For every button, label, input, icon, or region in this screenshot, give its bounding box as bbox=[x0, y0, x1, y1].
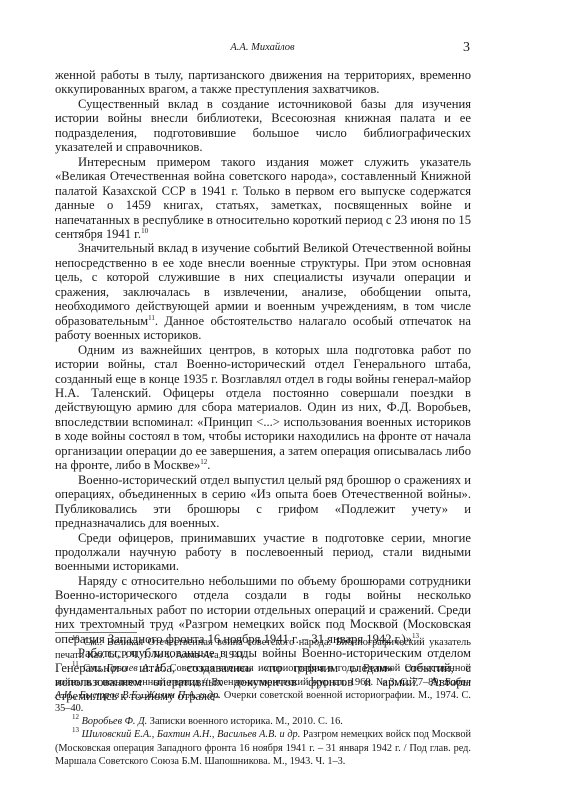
footnote-text: См.: bbox=[83, 663, 106, 674]
page-number: 3 bbox=[463, 40, 470, 56]
paragraph: Значительный вклад в изучение событий Ве… bbox=[55, 241, 471, 342]
footnote-author: Грылев А. Н. bbox=[106, 663, 165, 674]
footnote-number: 11 bbox=[72, 660, 79, 668]
footnotes: 10 См.: Великая Отечественная война сове… bbox=[55, 636, 471, 768]
footnote: 13 Шиловский Е.А., Бахтин А.Н., Васильев… bbox=[55, 728, 471, 768]
paragraph-text: Военно-исторический отдел выпустил целый… bbox=[55, 473, 471, 530]
paragraph-text: Одним из важнейших центров, в которых шл… bbox=[55, 343, 471, 473]
paragraph-text: Интересным примером такого издания может… bbox=[55, 155, 471, 241]
footnote-author: Шиловский Е.А., Бахтин А.Н., Васильев А.… bbox=[82, 729, 301, 740]
paragraph: Одним из важнейших центров, в которых шл… bbox=[55, 343, 471, 473]
footnote-text: Записки военного историка. М., 2010. С. … bbox=[147, 716, 343, 727]
paragraph-text: . bbox=[207, 458, 210, 472]
paragraph-text: Наряду с относительно небольшими по объе… bbox=[55, 574, 471, 646]
footnote: 10 См.: Великая Отечественная война сове… bbox=[55, 636, 471, 662]
footnote-separator bbox=[55, 632, 137, 633]
paragraph-text: женной работы в тылу, партизанского движ… bbox=[55, 68, 471, 96]
body-text: женной работы в тылу, партизанского движ… bbox=[55, 68, 471, 704]
footnote: 11 См.: Грылев А. Н. Советская военная и… bbox=[55, 662, 471, 715]
footnote-author: Воробьев Ф. Д. bbox=[82, 716, 148, 727]
paragraph: Интересным примером такого издания может… bbox=[55, 155, 471, 242]
footnote-number: 13 bbox=[72, 726, 79, 734]
page-header: А.А. Михайлов 3 bbox=[55, 40, 470, 56]
footnote-number: 10 bbox=[72, 634, 79, 642]
paragraph: Среди офицеров, принимавших участие в по… bbox=[55, 531, 471, 574]
footnote-text: См.: Великая Отечественная война советск… bbox=[55, 637, 471, 661]
footnote: 12 Воробьев Ф. Д. Записки военного истор… bbox=[55, 715, 471, 728]
paragraph-text: Существенный вклад в создание источников… bbox=[55, 97, 471, 154]
running-head-author: А.А. Михайлов bbox=[55, 42, 470, 53]
footnote-ref[interactable]: 11 bbox=[148, 314, 155, 322]
footnote-ref[interactable]: 10 bbox=[141, 227, 148, 235]
paragraph: женной работы в тылу, партизанского движ… bbox=[55, 68, 471, 97]
paragraph: Существенный вклад в создание источников… bbox=[55, 97, 471, 155]
footnote-number: 12 bbox=[72, 713, 79, 721]
paragraph-text: Среди офицеров, принимавших участие в по… bbox=[55, 531, 471, 574]
paragraph: Военно-исторический отдел выпустил целый… bbox=[55, 473, 471, 531]
